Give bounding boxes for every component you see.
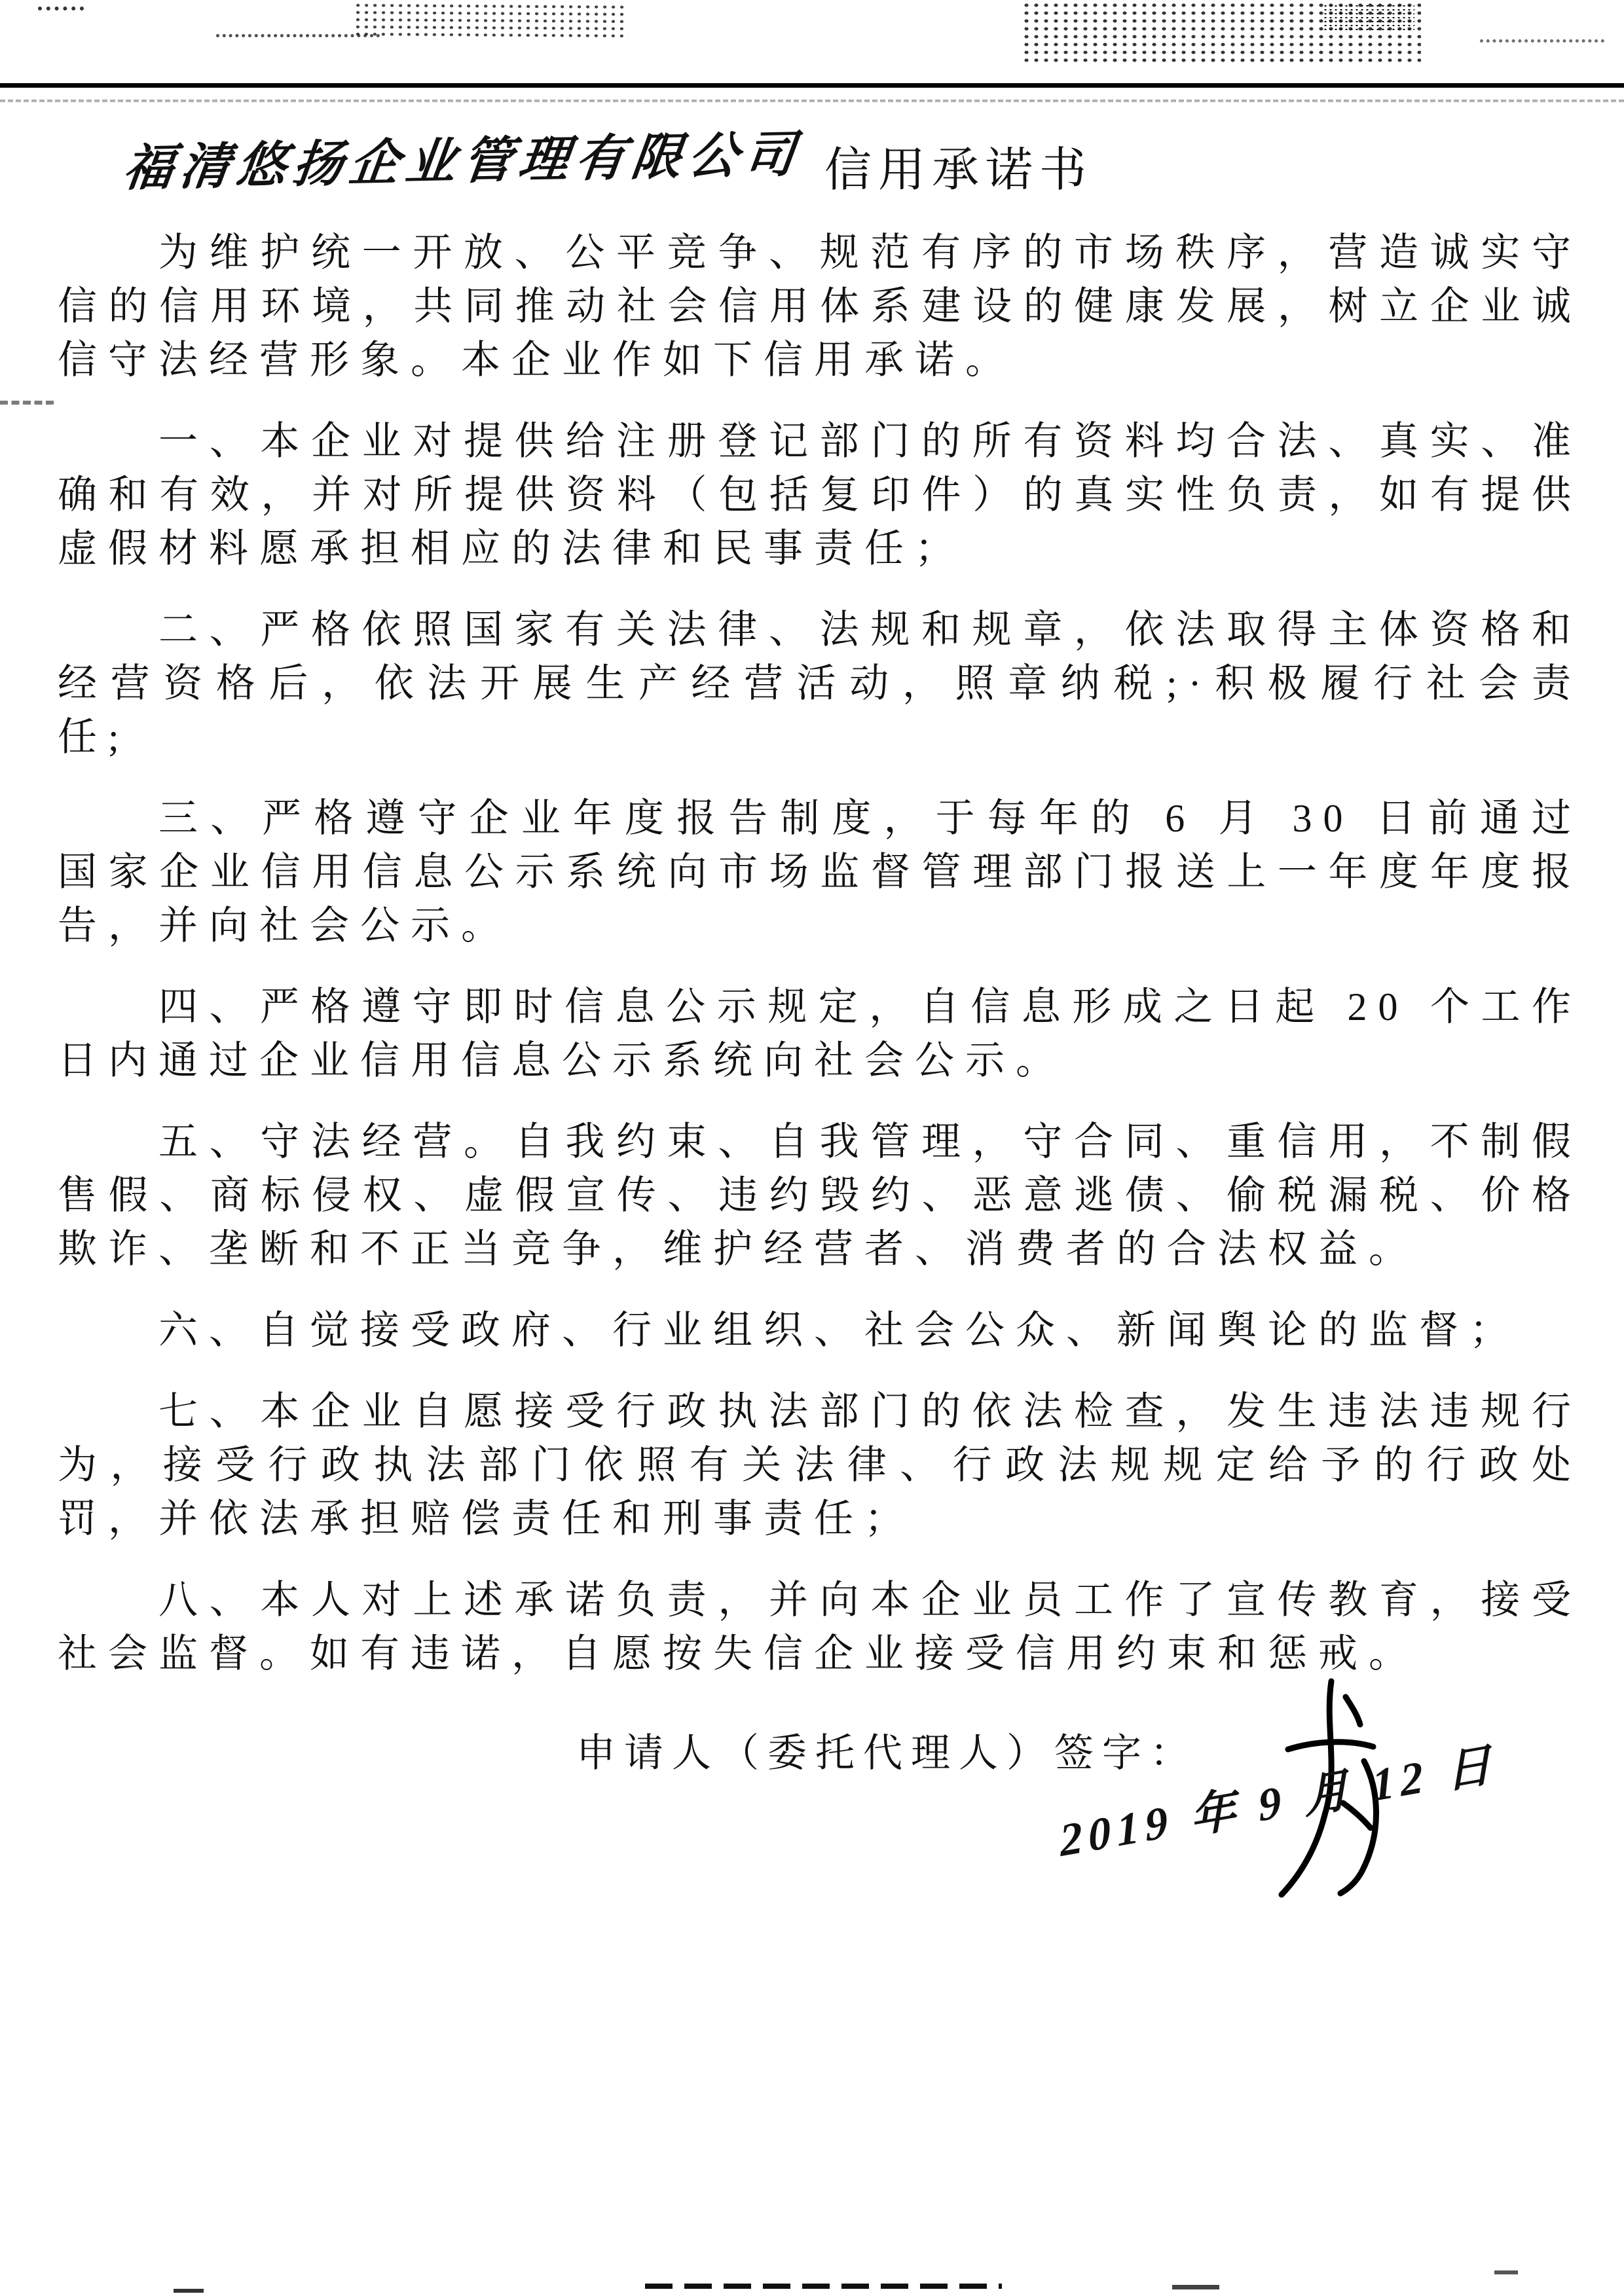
- scan-artifact-dash: [1480, 39, 1604, 43]
- commitment-item-5: 五、守法经营。自我约束、自我管理，守合同、重信用，不制假售假、商标侵权、虚假宣传…: [58, 1115, 1582, 1276]
- commitment-item-2: 二、严格依照国家有关法律、法规和规章，依法取得主体资格和经营资格后，依法开展生产…: [58, 603, 1582, 764]
- scan-artifact-dash: [0, 401, 54, 405]
- commitment-item-8: 八、本人对上述承诺负责，并向本企业员工作了宣传教育，接受社会监督。如有违诺，自愿…: [58, 1573, 1582, 1681]
- scan-artifact-dash: [38, 7, 84, 10]
- scan-artifact-bottom-line: [645, 2284, 1002, 2289]
- commitment-item-3: 三、严格遵守企业年度报告制度，于每年的 6 月 30 日前通过国家企业信用信息公…: [58, 792, 1582, 953]
- scan-speckle-noise: [354, 2, 629, 38]
- scan-artifact-dash: [174, 2289, 204, 2293]
- commitment-item-1: 一、本企业对提供给注册登记部门的所有资料均合法、真实、准确和有效，并对所提供资料…: [58, 414, 1582, 575]
- document-body: 福清悠扬企业管理有限公司 信用承诺书 为维护统一开放、公平竞争、规范有序的市场秩…: [58, 128, 1582, 1708]
- title-row: 福清悠扬企业管理有限公司 信用承诺书: [120, 128, 1582, 200]
- scanned-document-page: 福清悠扬企业管理有限公司 信用承诺书 为维护统一开放、公平竞争、规范有序的市场秩…: [0, 0, 1624, 2296]
- scan-separator-line: [0, 83, 1624, 88]
- scan-artifact-dash: [1172, 2285, 1219, 2289]
- commitment-item-6: 六、自觉接受政府、行业组织、社会公众、新闻舆论的监督；: [58, 1303, 1582, 1357]
- scan-artifact-dash: [1494, 2270, 1518, 2274]
- document-title: 信用承诺书: [824, 132, 1093, 200]
- scan-artifact-dash: [216, 34, 380, 37]
- commitment-item-7: 七、本企业自愿接受行政执法部门的依法检查，发生违法违规行为，接受行政执法部门依照…: [58, 1385, 1582, 1546]
- commitment-item-4: 四、严格遵守即时信息公示规定，自信息形成之日起 20 个工作日内通过企业信用信息…: [58, 980, 1582, 1087]
- company-name-handwritten: 福清悠扬企业管理有限公司: [120, 114, 806, 200]
- scan-speckle-noise: [1323, 4, 1414, 33]
- intro-paragraph: 为维护统一开放、公平竞争、规范有序的市场秩序，营造诚实守信的信用环境，共同推动社…: [58, 226, 1582, 387]
- scan-artifact-dash: [0, 100, 1624, 102]
- signature-label: 申请人（委托代理人）签字：: [576, 1722, 1198, 1778]
